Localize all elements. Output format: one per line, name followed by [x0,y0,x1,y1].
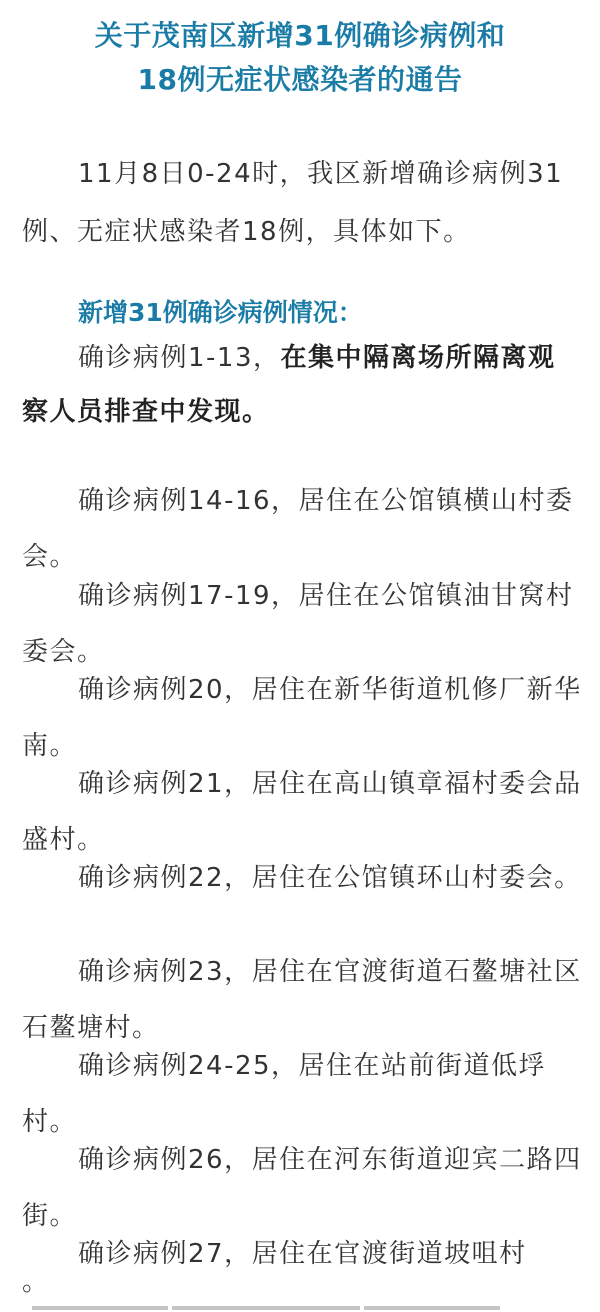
table-top-border [32,1306,568,1310]
page-title: 关于茂南区新增31例确诊病例和 18例无症状感染者的通告 [0,14,600,102]
table-column-border [32,1306,168,1310]
table-column-border [364,1306,500,1310]
case-group-1: 确诊病例1-13，在集中隔离场所隔离观察人员排查中发现。 [22,331,582,439]
title-line-1: 关于茂南区新增31例确诊病例和 [0,14,600,58]
case-group-1-prefix: 确诊病例1-13， [78,343,281,373]
trailing-period: 。 [22,1262,582,1302]
case-item: 确诊病例22，居住在公馆镇环山村委会。 [22,850,582,906]
table-column-border [172,1306,360,1310]
section-heading: 新增31例确诊病例情况： [78,293,363,333]
title-line-2: 18例无症状感染者的通告 [0,58,600,102]
intro-paragraph: 11月8日0-24时，我区新增确诊病例31例、无症状感染者18例，具体如下。 [22,145,582,261]
